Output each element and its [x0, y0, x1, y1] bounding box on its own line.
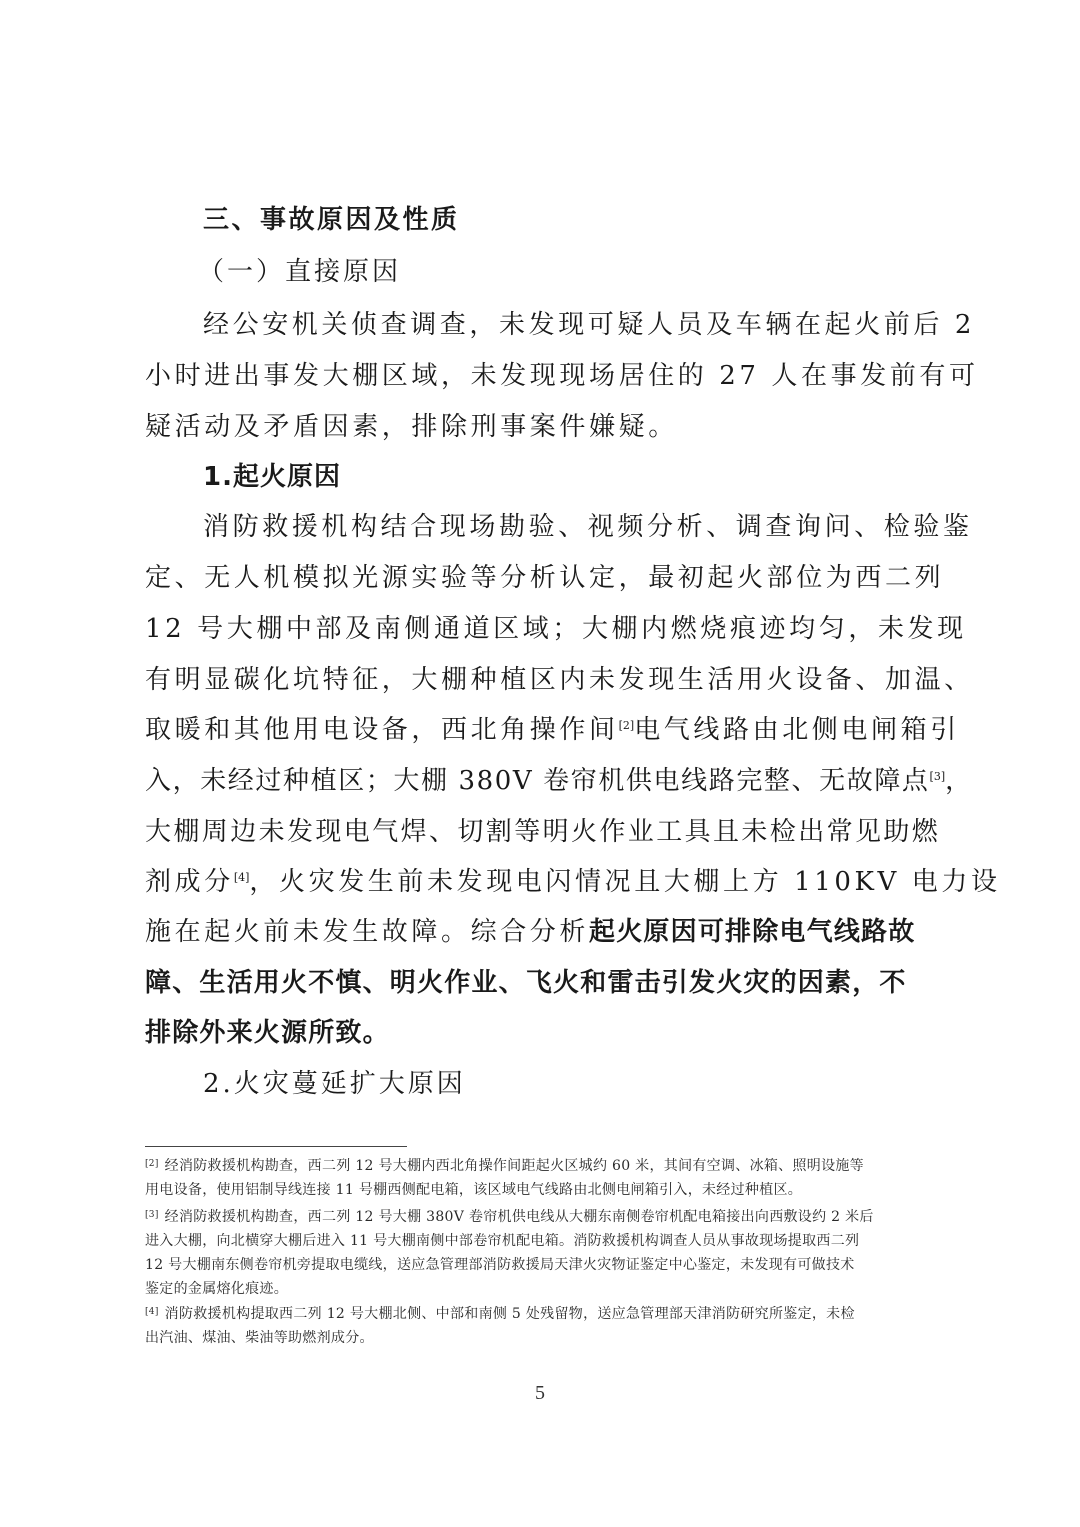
section-title: 三、事故原因及性质	[203, 204, 1003, 236]
paragraph-line: 施在起火前未发生故障。综合分析起火原因可排除电气线路故	[145, 916, 945, 948]
paragraph-line: 大棚周边未发现电气焊、切割等明火作业工具且未检出常见助燃	[145, 816, 945, 848]
text-run: ，火灾发生前未发现电闪情况且大棚上方 110KV 电力设	[249, 867, 1000, 897]
footnote-marker: [2]	[145, 1159, 159, 1169]
paragraph-line: 剂成分[4]，火灾发生前未发现电闪情况且大棚上方 110KV 电力设	[145, 866, 945, 898]
emphasis-line: 排除外来火源所致。	[145, 1017, 945, 1049]
footnote-text: 经消防救援机构勘查，西二列 12 号大棚内西北角操作间距起火区城约 60 米，其…	[165, 1158, 864, 1174]
footnote-2: [2]经消防救援机构勘查，西二列 12 号大棚内西北角操作间距起火区城约 60 …	[145, 1156, 945, 1177]
footnote-ref-2[interactable]: [2]	[619, 719, 635, 732]
footnote-ref-3[interactable]: [3]	[930, 770, 946, 783]
text-run: 剂成分	[145, 867, 234, 897]
footnote-3-cont: 12 号大棚南东侧卷帘机旁提取电缆线，送应急管理部消防救援局天津火灾物证鉴定中心…	[145, 1255, 945, 1276]
page-number: 5	[0, 1382, 1080, 1405]
paragraph-line: 定、无人机模拟光源实验等分析认定，最初起火部位为西二列	[145, 562, 945, 594]
footnote-3-cont: 鉴定的金属熔化痕迹。	[145, 1279, 945, 1300]
paragraph-line: 取暖和其他用电设备，西北角操作间[2]电气线路由北侧电闸箱引	[145, 714, 945, 746]
text-run: ，	[945, 766, 973, 796]
paragraph-line: 疑活动及矛盾因素，排除刑事案件嫌疑。	[145, 411, 945, 443]
paragraph-line: 有明显碳化坑特征，大棚种植区内未发现生活用火设备、加温、	[145, 664, 945, 696]
footnote-3: [3]经消防救援机构勘查，西二列 12 号大棚 380V 卷帘机供电线从大棚东南…	[145, 1207, 945, 1228]
emphasis-text: 起火原因可排除电气线路故	[589, 917, 915, 947]
footnote-marker: [4]	[145, 1307, 159, 1317]
footnote-3-cont: 进入大棚，向北横穿大棚后进入 11 号大棚南侧中部卷帘机配电箱。消防救援机构调查…	[145, 1231, 945, 1252]
item1-heading: 1.起火原因	[203, 461, 1003, 493]
emphasis-line: 障、生活用火不慎、明火作业、飞火和雷击引发火灾的因素，不	[145, 967, 945, 999]
document-page: 三、事故原因及性质 （一）直接原因 经公安机关侦查调查，未发现可疑人员及车辆在起…	[0, 0, 1080, 1527]
text-run: 施在起火前未发生故障。综合分析	[145, 917, 589, 947]
paragraph-line: 消防救援机构结合现场勘验、视频分析、调查询问、检验鉴	[203, 511, 1003, 543]
footnote-separator	[145, 1146, 407, 1147]
footnote-ref-4[interactable]: [4]	[234, 871, 250, 884]
text-run: 取暖和其他用电设备，西北角操作间	[145, 715, 619, 745]
paragraph-line: 小时进出事发大棚区域，未发现现场居住的 27 人在事发前有可	[145, 360, 945, 392]
footnote-text: 经消防救援机构勘查，西二列 12 号大棚 380V 卷帘机供电线从大棚东南侧卷帘…	[165, 1209, 874, 1225]
footnote-marker: [3]	[145, 1210, 159, 1220]
item2-heading: 2.火灾蔓延扩大原因	[203, 1068, 1003, 1100]
paragraph-line: 入，未经过种植区；大棚 380V 卷帘机供电线路完整、无故障点[3]，	[145, 765, 945, 797]
footnote-4: [4]消防救援机构提取西二列 12 号大棚北侧、中部和南侧 5 处残留物，送应急…	[145, 1304, 945, 1325]
footnote-text: 消防救援机构提取西二列 12 号大棚北侧、中部和南侧 5 处残留物，送应急管理部…	[165, 1306, 855, 1322]
subsection-title: （一）直接原因	[198, 256, 998, 288]
text-run: 入，未经过种植区；大棚 380V 卷帘机供电线路完整、无故障点	[145, 766, 930, 796]
footnote-2-cont: 用电设备，使用铝制导线连接 11 号棚西侧配电箱，该区域电气线路由北侧电闸箱引入…	[145, 1180, 945, 1201]
footnote-4-cont: 出汽油、煤油、柴油等助燃剂成分。	[145, 1328, 945, 1349]
paragraph-line: 经公安机关侦查调查，未发现可疑人员及车辆在起火前后 2	[203, 309, 1003, 341]
text-run: 电气线路由北侧电闸箱引	[634, 715, 960, 745]
paragraph-line: 12 号大棚中部及南侧通道区域；大棚内燃烧痕迹均匀，未发现	[145, 613, 945, 645]
